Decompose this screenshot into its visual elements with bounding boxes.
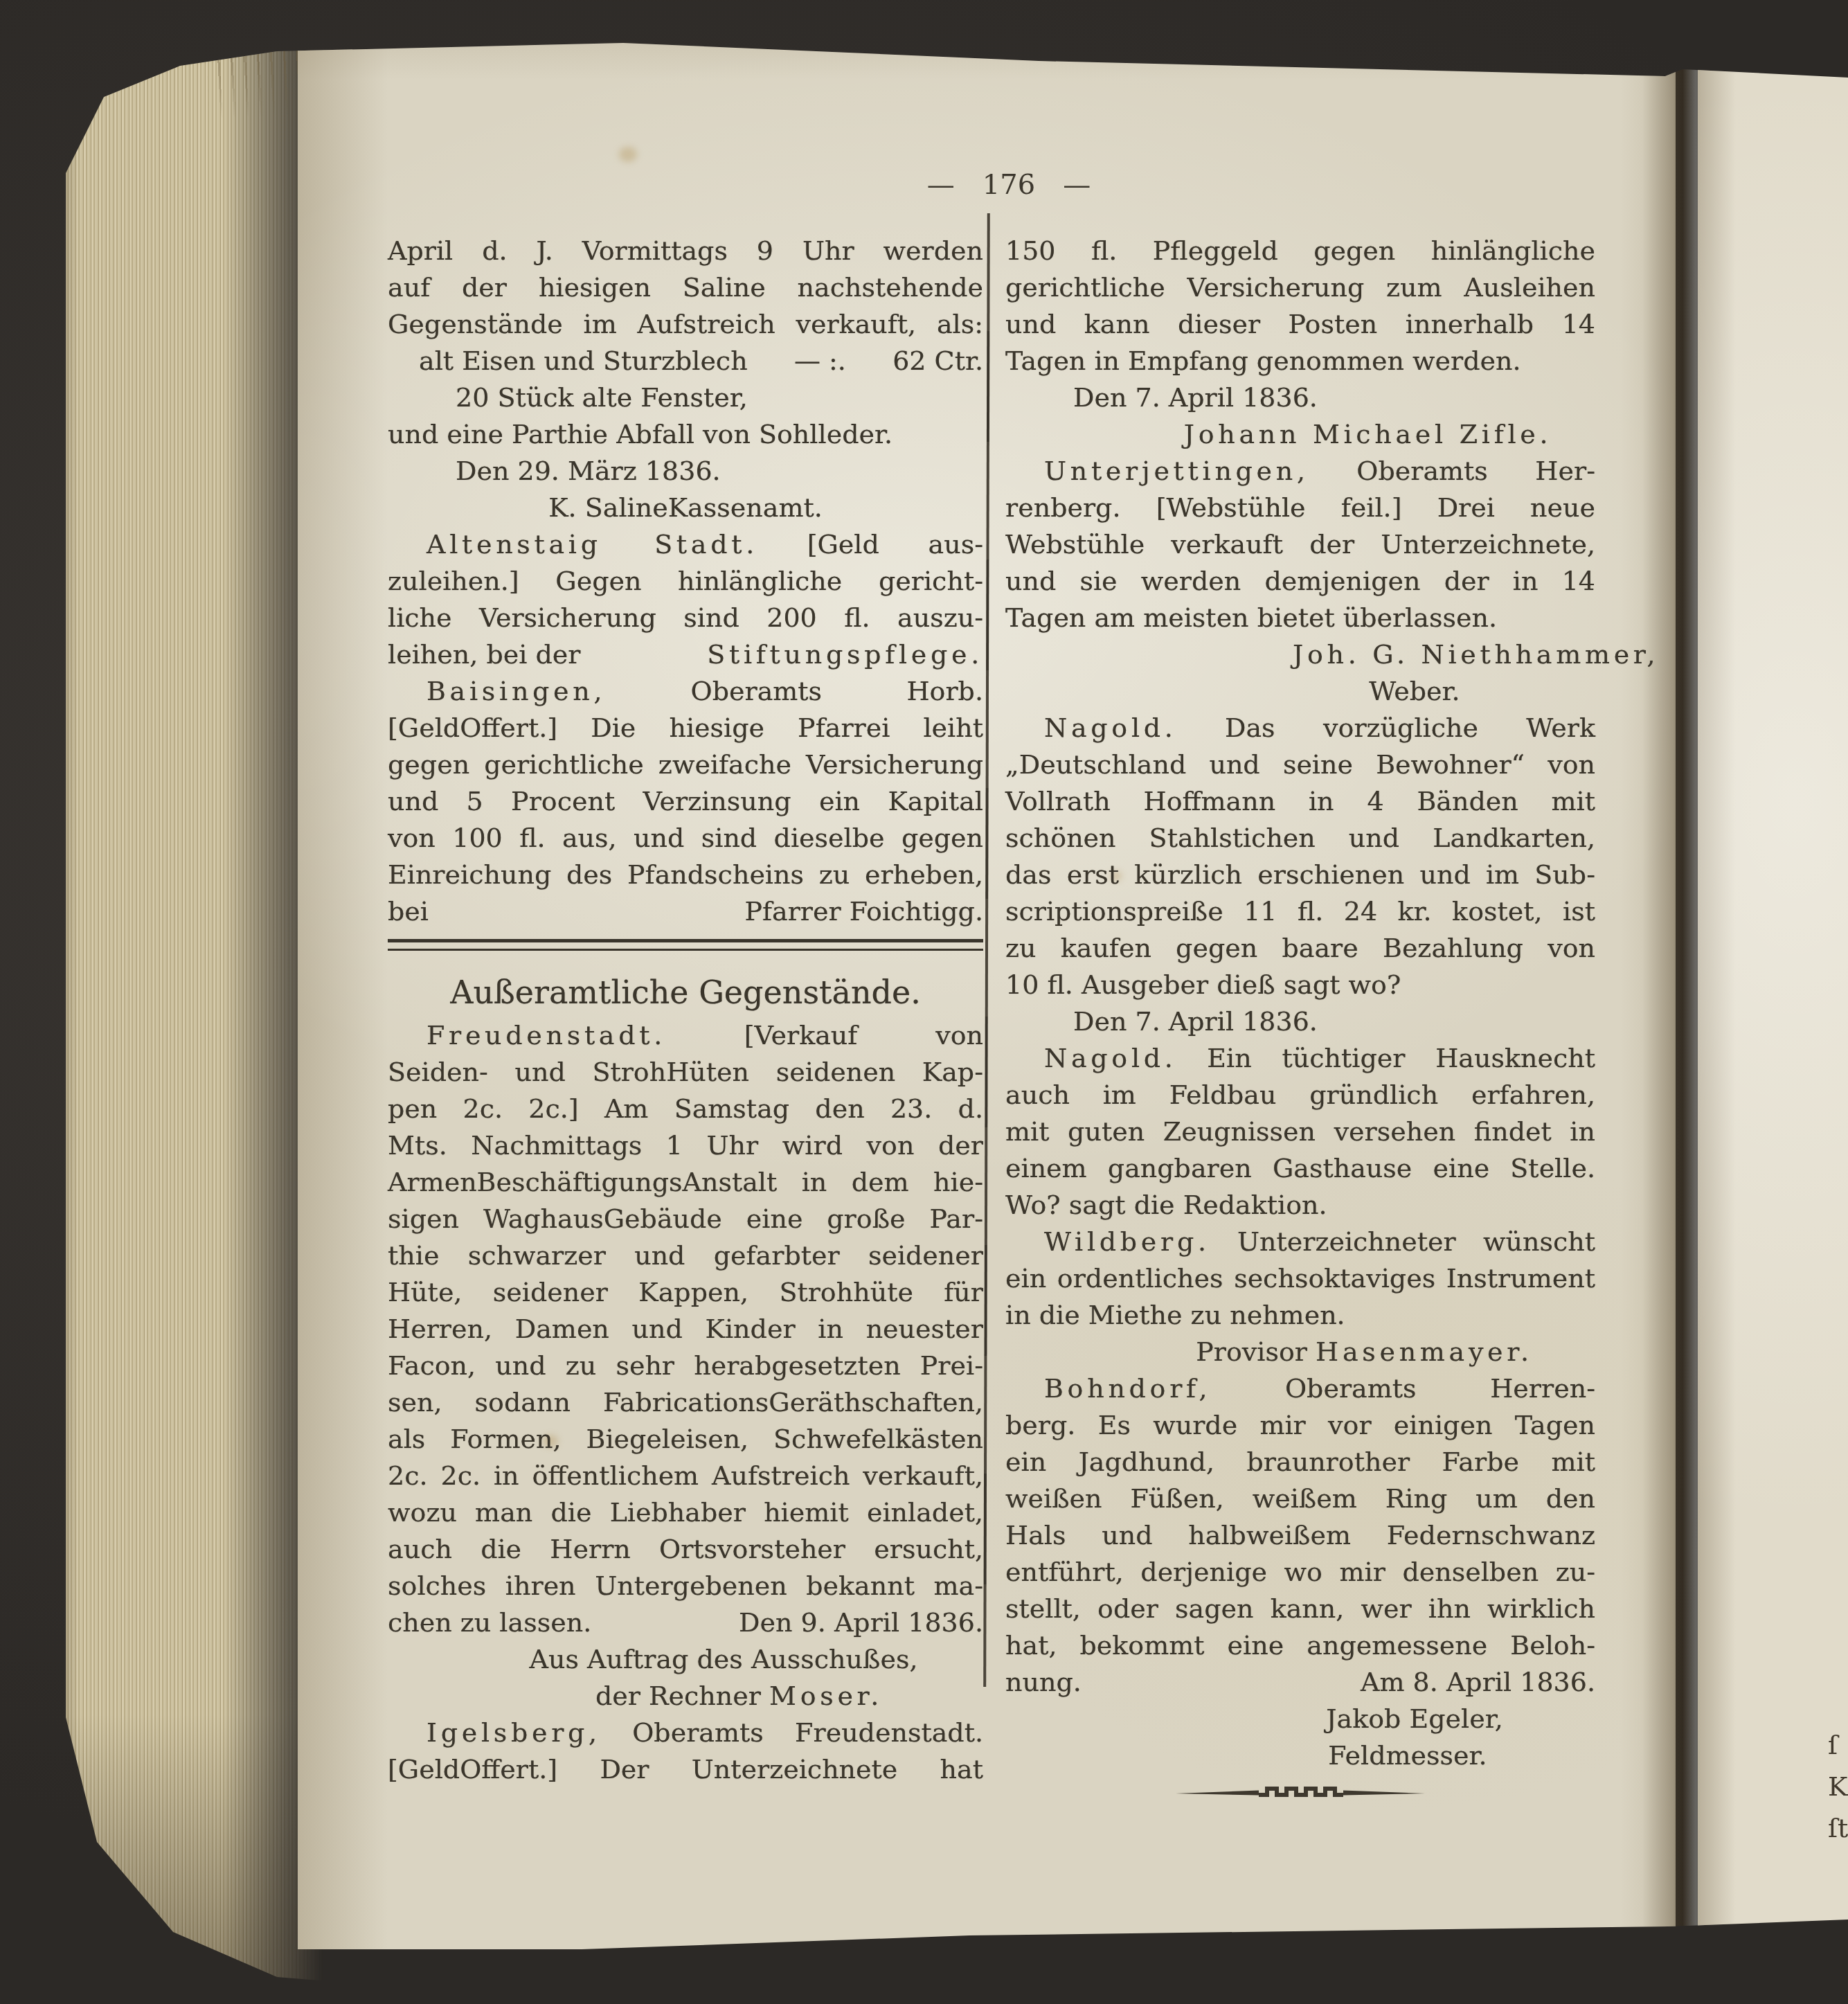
text-segment: ArmenBeschäftigungsAnstalt in dem hie-	[388, 1167, 983, 1197]
text-segment: Unterjettingen,	[1044, 456, 1309, 486]
text-segment: Hüte, seidener Kappen, Strohhüte für	[388, 1277, 983, 1307]
text-line: Mts. Nachmittags 1 Uhr wird von der	[388, 1127, 983, 1164]
text-line: alt Eisen und Sturzblech— :.62 Ctr.	[388, 343, 983, 379]
text-line: 150 fl. Pfleggeld gegen hinlängliche	[1005, 233, 1595, 269]
text-segment: Joh. G. Niethhammer,	[1293, 639, 1659, 670]
left-column: April d. J. Vormittags 9 Uhr werdenauf d…	[388, 233, 983, 1788]
text-segment: und 5 Procent Verzinsung ein Kapital	[388, 786, 983, 816]
text-line: und 5 Procent Verzinsung ein Kapital	[388, 783, 983, 820]
text-segment: 10 fl. Ausgeber dieß sagt wo?	[1005, 969, 1401, 1000]
text-line: Aus Auftrag des Ausschußes,	[388, 1641, 983, 1678]
text-line: ArmenBeschäftigungsAnstalt in dem hie-	[388, 1164, 983, 1201]
text-segment: Oberamts Horb.	[606, 676, 983, 706]
book: ſ K ſt — 176 — April d. J. Vormittags 9 …	[0, 0, 1848, 2004]
text-line: [GeldOffert.] Die hiesige Pfarrei leiht	[388, 710, 983, 746]
text-segment: Am 8. April 1836.	[1361, 1664, 1595, 1701]
text-line: hat, bekommt eine angemessene Beloh-	[1005, 1627, 1595, 1664]
page-number-value: 176	[983, 169, 1035, 201]
text-segment: Mts. Nachmittags 1 Uhr wird von der	[388, 1130, 983, 1161]
text-line: „Deutschland und seine Bewohner“ von	[1005, 746, 1595, 783]
text-segment: Bohndorf,	[1044, 1373, 1211, 1404]
text-line: und eine Parthie Abfall von Sohlleder.	[388, 416, 983, 453]
text-segment: Provisor	[1196, 1336, 1316, 1367]
text-line: wozu man die Liebhaber hiemit einladet,	[388, 1494, 983, 1531]
text-line: zuleihen.] Gegen hinlängliche gericht-	[388, 563, 983, 600]
text-line: einem gangbaren Gasthause eine Stelle.	[1005, 1150, 1595, 1187]
text-line: schönen Stahlstichen und Landkarten,	[1005, 820, 1595, 857]
text-segment: 150 fl. Pfleggeld gegen hinlängliche	[1005, 235, 1595, 266]
text-line: stellt, oder sagen kann, wer ihn wirklic…	[1005, 1591, 1595, 1627]
text-line: sigen WaghausGebäude eine große Par-	[388, 1201, 983, 1237]
text-segment: auch im Feldbau gründlich erfahren,	[1005, 1080, 1595, 1110]
text-line: von 100 fl. aus, und sind dieselbe gegen	[388, 820, 983, 857]
text-segment: stellt, oder sagen kann, wer ihn wirklic…	[1005, 1593, 1595, 1624]
text-segment: Webstühle verkauft der Unterzeichnete,	[1005, 529, 1595, 560]
text-line: Hüte, seidener Kappen, Strohhüte für	[388, 1274, 983, 1311]
text-line: Joh. G. Niethhammer,	[1005, 636, 1595, 673]
text-segment: der Rechner	[595, 1681, 769, 1711]
text-line: der Rechner Moser.	[388, 1678, 983, 1715]
text-segment: Vollrath Hoffmann in 4 Bänden mit	[1005, 786, 1595, 816]
text-segment: Nagold.	[1044, 713, 1177, 743]
text-segment: zu kaufen gegen baare Bezahlung von	[1005, 933, 1595, 963]
double-separator-rule	[388, 930, 983, 967]
text-segment: Igelsberg,	[427, 1717, 601, 1748]
text-line: entführt, derjenige wo mir denselben zu-	[1005, 1554, 1595, 1591]
text-segment: [GeldOffert.] Der Unterzeichnete hat	[388, 1754, 983, 1784]
text-segment: — :.	[794, 343, 846, 379]
text-line: Seiden- und StrohHüten seidenen Kap-	[388, 1054, 983, 1091]
text-segment: entführt, derjenige wo mir denselben zu-	[1005, 1557, 1595, 1587]
text-segment: 62 Ctr.	[892, 343, 983, 379]
text-line: Tagen in Empfang genommen werden.	[1005, 343, 1595, 379]
text-segment: Johann Michael Zifle.	[1184, 419, 1552, 449]
text-line: leihen, bei derStiftungspflege.	[388, 636, 983, 673]
text-segment: scriptionspreiße 11 fl. 24 kr. kostet, i…	[1005, 896, 1595, 927]
text-segment: in die Miethe zu nehmen.	[1005, 1300, 1345, 1330]
text-segment: gegen gerichtliche zweifache Versicherun…	[388, 749, 983, 780]
text-line: Bohndorf, Oberamts Herren-	[1005, 1370, 1595, 1407]
text-segment: [Geld aus-	[758, 529, 983, 560]
text-segment: solches ihren Untergebenen bekannt ma-	[388, 1571, 983, 1601]
text-line: beiPfarrer Foichtigg.	[388, 893, 983, 930]
text-line: nung.Am 8. April 1836.	[1005, 1664, 1595, 1701]
text-segment: mit guten Zeugnissen versehen findet in	[1005, 1116, 1595, 1147]
text-segment: einem gangbaren Gasthause eine Stelle.	[1005, 1153, 1595, 1183]
text-segment: nung.	[1005, 1664, 1082, 1701]
text-segment: sigen WaghausGebäude eine große Par-	[388, 1204, 983, 1234]
text-line: scriptionspreiße 11 fl. 24 kr. kostet, i…	[1005, 893, 1595, 930]
text-segment: weißen Füßen, weißem Ring um den	[1005, 1483, 1595, 1514]
text-segment: Aus Auftrag des Ausschußes,	[530, 1644, 918, 1674]
rule-thick	[388, 939, 983, 942]
text-line: gerichtliche Versicherung zum Ausleihen	[1005, 269, 1595, 306]
text-line: K. SalineKassenamt.	[388, 490, 983, 526]
text-line: Den 29. März 1836.	[388, 453, 983, 490]
text-segment: alt Eisen und Sturzblech	[419, 343, 748, 379]
text-segment: Den 29. März 1836.	[456, 456, 721, 486]
text-line: Webstühle verkauft der Unterzeichnete,	[1005, 526, 1595, 563]
text-segment: Stiftungspflege.	[707, 636, 983, 673]
text-line: in die Miethe zu nehmen.	[1005, 1297, 1595, 1334]
text-line: sen, sodann FabricationsGeräthschaften,	[388, 1384, 983, 1421]
text-segment: Feldmesser.	[1328, 1740, 1487, 1771]
text-line: renberg. [Webstühle feil.] Drei neue	[1005, 490, 1595, 526]
text-line: Johann Michael Zifle.	[1005, 416, 1595, 453]
text-line: liche Versicherung sind 200 fl. auszu-	[388, 600, 983, 636]
text-segment: Weber.	[1369, 676, 1460, 706]
text-segment: Baisingen,	[427, 676, 606, 706]
text-segment: Hals und halbweißem Federnschwanz	[1005, 1520, 1595, 1550]
text-segment: leihen, bei der	[388, 636, 580, 673]
text-segment: Unterzeichneter wünscht	[1210, 1226, 1595, 1257]
text-line: 10 fl. Ausgeber dieß sagt wo?	[1005, 967, 1595, 1003]
text-line: Einreichung des Pfandscheins zu erheben,	[388, 857, 983, 893]
text-line: zu kaufen gegen baare Bezahlung von	[1005, 930, 1595, 967]
text-segment: thie schwarzer und gefarbter seidener	[388, 1240, 983, 1271]
text-segment: „Deutschland und seine Bewohner“ von	[1005, 749, 1595, 780]
text-segment: 2c. 2c. in öffentlichem Aufstreich verka…	[388, 1460, 983, 1491]
rule-thin	[388, 949, 983, 951]
text-line: 2c. 2c. in öffentlichem Aufstreich verka…	[388, 1458, 983, 1494]
text-segment: Den 7. April 1836.	[1073, 1006, 1318, 1037]
text-segment: wozu man die Liebhaber hiemit einladet,	[388, 1497, 983, 1528]
text-line: Igelsberg, Oberamts Freudenstadt.	[388, 1715, 983, 1751]
text-segment: [Verkauf von	[666, 1020, 983, 1050]
text-segment: und kann dieser Posten innerhalb 14	[1005, 309, 1595, 339]
scanned-book-page: ſ K ſt — 176 — April d. J. Vormittags 9 …	[0, 0, 1848, 2004]
text-segment: Ein tüchtiger Hausknecht	[1177, 1043, 1595, 1073]
text-line: pen 2c. 2c.] Am Samstag den 23. d.	[388, 1091, 983, 1127]
cutoff-glyph-fragment: ſt	[1828, 1814, 1848, 1842]
text-segment: von 100 fl. aus, und sind dieselbe gegen	[388, 823, 983, 853]
text-segment: auch die Herrn Ortsvorsteher ersucht,	[388, 1534, 983, 1564]
text-line: Baisingen, Oberamts Horb.	[388, 673, 983, 710]
text-segment: renberg. [Webstühle feil.] Drei neue	[1005, 492, 1595, 523]
text-line: das erst kürzlich erschienen und im Sub-	[1005, 857, 1595, 893]
text-segment: Nagold.	[1044, 1043, 1177, 1073]
text-segment: Oberamts Freudenstadt.	[601, 1717, 983, 1748]
text-line: Jakob Egeler,	[1005, 1701, 1595, 1737]
text-line: weißen Füßen, weißem Ring um den	[1005, 1480, 1595, 1517]
text-segment: chen zu lassen.	[388, 1604, 591, 1641]
text-line: Nagold. Das vorzügliche Werk	[1005, 710, 1595, 746]
text-line: gegen gerichtliche zweifache Versicherun…	[388, 746, 983, 783]
text-segment: Moser.	[769, 1681, 883, 1711]
text-line: Altenstaig Stadt. [Geld aus-	[388, 526, 983, 563]
text-segment: Pfarrer Foichtigg.	[744, 893, 983, 930]
text-segment: Altenstaig Stadt.	[427, 529, 758, 560]
text-line: als Formen, Biegeleisen, Schwefelkästen	[388, 1421, 983, 1458]
text-line: Feldmesser.	[1005, 1737, 1595, 1774]
text-segment: Wildberg.	[1044, 1226, 1210, 1257]
page-number-dash-left: —	[927, 169, 955, 201]
text-segment: berg. Es wurde mir vor einigen Tagen	[1005, 1410, 1595, 1440]
text-segment: 20 Stück alte Fenster,	[456, 382, 748, 413]
text-line: Provisor Hasenmayer.	[1005, 1334, 1595, 1370]
text-segment: bei	[388, 893, 429, 930]
foxing-spot	[619, 147, 637, 162]
text-line: auch im Feldbau gründlich erfahren,	[1005, 1077, 1595, 1113]
section-heading: Außeramtliche Gegenstände.	[388, 967, 983, 1017]
text-segment: Wo? sagt die Redaktion.	[1005, 1190, 1327, 1220]
text-line: Den 7. April 1836.	[1005, 1003, 1595, 1040]
text-segment: als Formen, Biegeleisen, Schwefelkästen	[388, 1424, 983, 1454]
text-line: auch die Herrn Ortsvorsteher ersucht,	[388, 1531, 983, 1568]
book-fore-edge-pages	[59, 38, 325, 1987]
text-segment: ein ordentliches sechsoktaviges Instrume…	[1005, 1263, 1595, 1294]
page-number-dash-right: —	[1063, 169, 1091, 201]
text-line: berg. Es wurde mir vor einigen Tagen	[1005, 1407, 1595, 1444]
text-line: thie schwarzer und gefarbter seidener	[388, 1237, 983, 1274]
text-segment: auf der hiesigen Saline nachstehende	[388, 272, 983, 303]
text-line: Tagen am meisten bietet überlassen.	[1005, 600, 1595, 636]
text-line: mit guten Zeugnissen versehen findet in	[1005, 1113, 1595, 1150]
text-segment: zuleihen.] Gegen hinlängliche gericht-	[388, 566, 983, 596]
text-segment: Freudenstadt.	[427, 1020, 666, 1050]
text-segment: Seiden- und StrohHüten seidenen Kap-	[388, 1057, 983, 1087]
text-segment: Den 9. April 1836.	[739, 1604, 983, 1641]
text-line: Wildberg. Unterzeichneter wünscht	[1005, 1224, 1595, 1260]
facing-page-edge: ſ K ſt	[1698, 38, 1848, 1949]
text-segment: Oberamts Herren-	[1211, 1373, 1595, 1404]
text-line: Wo? sagt die Redaktion.	[1005, 1187, 1595, 1224]
text-segment: Jakob Egeler,	[1326, 1703, 1502, 1734]
text-line: Hals und halbweißem Federnschwanz	[1005, 1517, 1595, 1554]
text-line: Weber.	[1005, 673, 1595, 710]
text-line: und kann dieser Posten innerhalb 14	[1005, 306, 1595, 343]
text-line: Gegenstände im Aufstreich verkauft, als:	[388, 306, 983, 343]
text-line: und sie werden demjenigen der in 14	[1005, 563, 1595, 600]
end-ornament	[1005, 1774, 1595, 1811]
text-segment: gerichtliche Versicherung zum Ausleihen	[1005, 272, 1595, 303]
text-line: ein ordentliches sechsoktaviges Instrume…	[1005, 1260, 1595, 1297]
text-segment: hat, bekommt eine angemessene Beloh-	[1005, 1630, 1595, 1661]
text-line: Vollrath Hoffmann in 4 Bänden mit	[1005, 783, 1595, 820]
text-line: [GeldOffert.] Der Unterzeichnete hat	[388, 1751, 983, 1788]
text-segment: schönen Stahlstichen und Landkarten,	[1005, 823, 1595, 853]
text-line: solches ihren Untergebenen bekannt ma-	[388, 1568, 983, 1604]
text-line: ein Jagdhund, braunrother Farbe mit	[1005, 1444, 1595, 1480]
text-line: Nagold. Ein tüchtiger Hausknecht	[1005, 1040, 1595, 1077]
text-line: Freudenstadt. [Verkauf von	[388, 1017, 983, 1054]
text-line: Facon, und zu sehr herabgesetzten Prei-	[388, 1348, 983, 1384]
text-segment: Hasenmayer.	[1316, 1336, 1533, 1367]
cutoff-glyph-fragment: K	[1828, 1773, 1847, 1800]
right-column: 150 fl. Pfleggeld gegen hinlänglichegeri…	[1005, 233, 1595, 1811]
text-segment: ein Jagdhund, braunrother Farbe mit	[1005, 1447, 1595, 1477]
text-segment: Herren, Damen und Kinder in neuester	[388, 1314, 983, 1344]
text-segment: liche Versicherung sind 200 fl. auszu-	[388, 602, 983, 633]
text-segment: pen 2c. 2c.] Am Samstag den 23. d.	[388, 1093, 983, 1124]
text-segment: April d. J. Vormittags 9 Uhr werden	[388, 235, 983, 266]
text-segment: Facon, und zu sehr herabgesetzten Prei-	[388, 1350, 983, 1381]
text-segment: sen, sodann FabricationsGeräthschaften,	[388, 1387, 983, 1417]
page-number: — 176 —	[895, 169, 1123, 201]
text-segment: K. SalineKassenamt.	[548, 492, 823, 523]
text-segment: das erst kürzlich erschienen und im Sub-	[1005, 859, 1595, 890]
text-segment: Den 7. April 1836.	[1073, 382, 1318, 413]
text-segment: und eine Parthie Abfall von Sohlleder.	[388, 419, 892, 449]
text-line: Herren, Damen und Kinder in neuester	[388, 1311, 983, 1348]
text-segment: Tagen in Empfang genommen werden.	[1005, 346, 1521, 376]
cutoff-glyph-fragment: ſ	[1828, 1731, 1838, 1759]
text-line: chen zu lassen.Den 9. April 1836.	[388, 1604, 983, 1641]
text-line: April d. J. Vormittags 9 Uhr werden	[388, 233, 983, 269]
text-segment: Gegenstände im Aufstreich verkauft, als:	[388, 309, 983, 339]
text-segment: Einreichung des Pfandscheins zu erheben,	[388, 859, 983, 890]
text-segment: und sie werden demjenigen der in 14	[1005, 566, 1595, 596]
text-segment: Tagen am meisten bietet überlassen.	[1005, 602, 1497, 633]
text-segment: Außeramtliche Gegenstände.	[450, 974, 921, 1011]
text-line: Den 7. April 1836.	[1005, 379, 1595, 416]
text-segment: [GeldOffert.] Die hiesige Pfarrei leiht	[388, 713, 983, 743]
text-segment: Das vorzügliche Werk	[1177, 713, 1595, 743]
text-line: 20 Stück alte Fenster,	[388, 379, 983, 416]
text-line: auf der hiesigen Saline nachstehende	[388, 269, 983, 306]
text-segment: Oberamts Her-	[1309, 456, 1595, 486]
text-line: Unterjettingen, Oberamts Her-	[1005, 453, 1595, 490]
